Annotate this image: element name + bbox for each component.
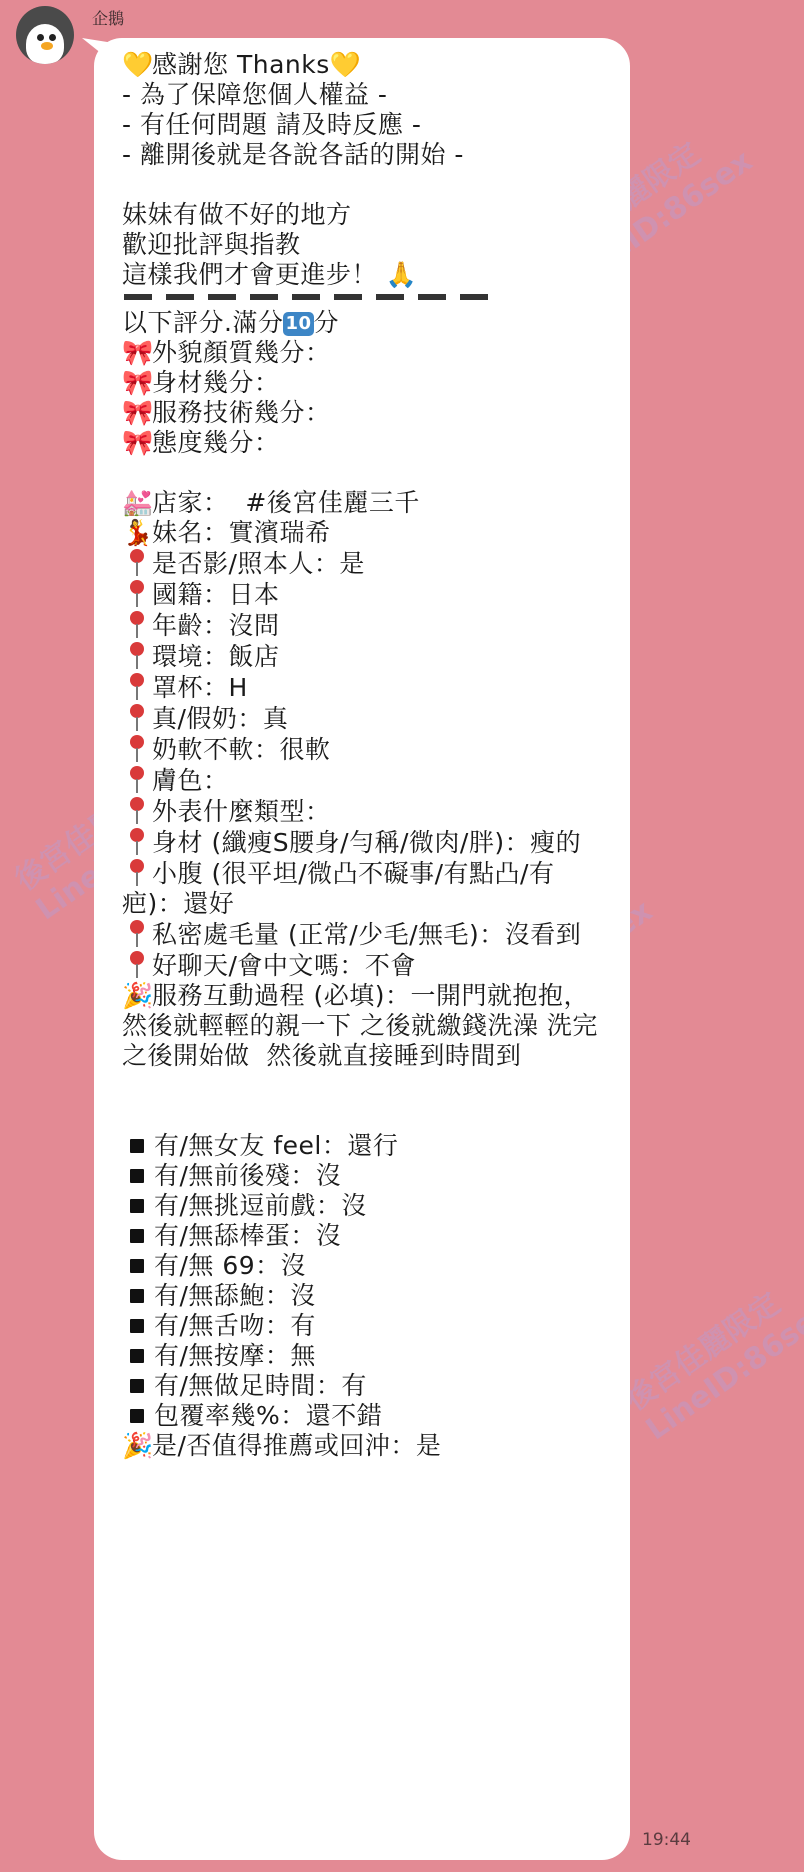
girl-name-line: 💃妹名：實濱瑞希: [122, 518, 630, 548]
pushpin-icon: [122, 579, 152, 607]
header-line: - 有任何問題 請及時反應 -: [122, 110, 630, 140]
pushpin-icon: [122, 919, 152, 947]
rating-item: 🎀身材幾分：: [122, 368, 630, 398]
detail-line: 膚色：: [122, 765, 630, 796]
separator: [124, 294, 630, 300]
rating-item: 🎀服務技術幾分：: [122, 398, 630, 428]
detail-line: 好聊天/會中文嗎：不會: [122, 950, 630, 981]
header-line: - 為了保障您個人權益 -: [122, 80, 630, 110]
pushpin-icon: [122, 858, 152, 886]
message-bubble[interactable]: 💛感謝您 Thanks💛 - 為了保障您個人權益 - - 有任何問題 請及時反應…: [94, 38, 630, 1860]
rating-item: 🎀外貌顏質幾分：: [122, 338, 630, 368]
pushpin-icon: [122, 703, 152, 731]
detail-line: 國籍：日本: [122, 579, 630, 610]
checklist-item: 有/無做足時間：有: [122, 1371, 630, 1401]
process-line: 🎉服務互動過程 (必填)：一開門就抱抱，然後就輕輕的親一下 之後就繳錢洗澡 洗完…: [122, 981, 612, 1071]
pushpin-icon: [122, 610, 152, 638]
black-square-icon: [130, 1379, 144, 1393]
detail-line: 罩杯：H: [122, 672, 630, 703]
party-popper-icon: 🎉: [122, 981, 152, 1011]
black-square-icon: [130, 1229, 144, 1243]
ribbon-icon: 🎀: [122, 368, 152, 398]
yellow-heart-icon: 💛: [122, 50, 152, 80]
keycap-ten-icon: 10: [283, 312, 313, 336]
pushpin-icon: [122, 827, 152, 855]
black-square-icon: [130, 1259, 144, 1273]
detail-line: 是否影/照本人：是: [122, 548, 630, 579]
dancer-icon: 💃: [122, 518, 152, 548]
pushpin-icon: [122, 641, 152, 669]
recommend-line: 🎉是/否值得推薦或回沖：是: [122, 1431, 630, 1461]
detail-line: 年齡：沒問: [122, 610, 630, 641]
checklist-item: 有/無女友 feel：還行: [122, 1131, 630, 1161]
ribbon-icon: 🎀: [122, 428, 152, 458]
black-square-icon: [130, 1409, 144, 1423]
pushpin-icon: [122, 765, 152, 793]
black-square-icon: [130, 1349, 144, 1363]
wedding-chapel-icon: 💒: [122, 488, 152, 518]
detail-line: 真/假奶：真: [122, 703, 630, 734]
sender-avatar[interactable]: [16, 6, 74, 64]
party-popper-icon: 🎉: [122, 1431, 152, 1461]
message-timestamp: 19:44: [642, 1830, 691, 1850]
detail-line: 環境：飯店: [122, 641, 630, 672]
detail-line: 身材 (纖瘦S腰身/勻稱/微肉/胖)：瘦的: [122, 827, 612, 858]
checklist-item: 有/無按摩：無: [122, 1341, 630, 1371]
checklist-item: 有/無舔棒蛋：沒: [122, 1221, 630, 1251]
intro-line: 妹妹有做不好的地方: [122, 200, 630, 230]
pushpin-icon: [122, 734, 152, 762]
checklist-item: 有/無前後殘：沒: [122, 1161, 630, 1191]
detail-line: 小腹 (很平坦/微凸不礙事/有點凸/有疤)：還好: [122, 858, 612, 919]
checklist-item: 有/無舌吻：有: [122, 1311, 630, 1341]
intro-line: 歡迎批評與指教: [122, 230, 630, 260]
intro-line: 這樣我們才會更進步！ 🙏: [122, 260, 630, 290]
checklist-item: 有/無 69：沒: [122, 1251, 630, 1281]
sender-name: 企鵝: [92, 6, 124, 29]
pushpin-icon: [122, 950, 152, 978]
ribbon-icon: 🎀: [122, 398, 152, 428]
detail-line: 外表什麼類型：: [122, 796, 630, 827]
shop-line: 💒店家： #後宮佳麗三千: [122, 488, 630, 518]
rating-item: 🎀態度幾分：: [122, 428, 630, 458]
checklist-item: 有/無舔鮑：沒: [122, 1281, 630, 1311]
yellow-heart-icon: 💛: [330, 50, 360, 80]
pushpin-icon: [122, 796, 152, 824]
detail-line: 私密處毛量 (正常/少毛/無毛)：沒看到: [122, 919, 612, 950]
detail-line: 奶軟不軟：很軟: [122, 734, 630, 765]
ribbon-icon: 🎀: [122, 338, 152, 368]
pushpin-icon: [122, 672, 152, 700]
black-square-icon: [130, 1199, 144, 1213]
checklist-item: 有/無挑逗前戲：沒: [122, 1191, 630, 1221]
rating-title: 以下評分.滿分10分: [122, 308, 630, 338]
black-square-icon: [130, 1139, 144, 1153]
black-square-icon: [130, 1169, 144, 1183]
header-line: - 離開後就是各說各話的開始 -: [122, 140, 630, 170]
watermark: 後宮佳麗限定LineID:86sex: [619, 1264, 804, 1448]
black-square-icon: [130, 1319, 144, 1333]
pushpin-icon: [122, 548, 152, 576]
black-square-icon: [130, 1289, 144, 1303]
folded-hands-icon: 🙏: [385, 260, 417, 289]
message-title: 💛感謝您 Thanks💛: [122, 50, 630, 80]
checklist-item: 包覆率幾%：還不錯: [122, 1401, 630, 1431]
